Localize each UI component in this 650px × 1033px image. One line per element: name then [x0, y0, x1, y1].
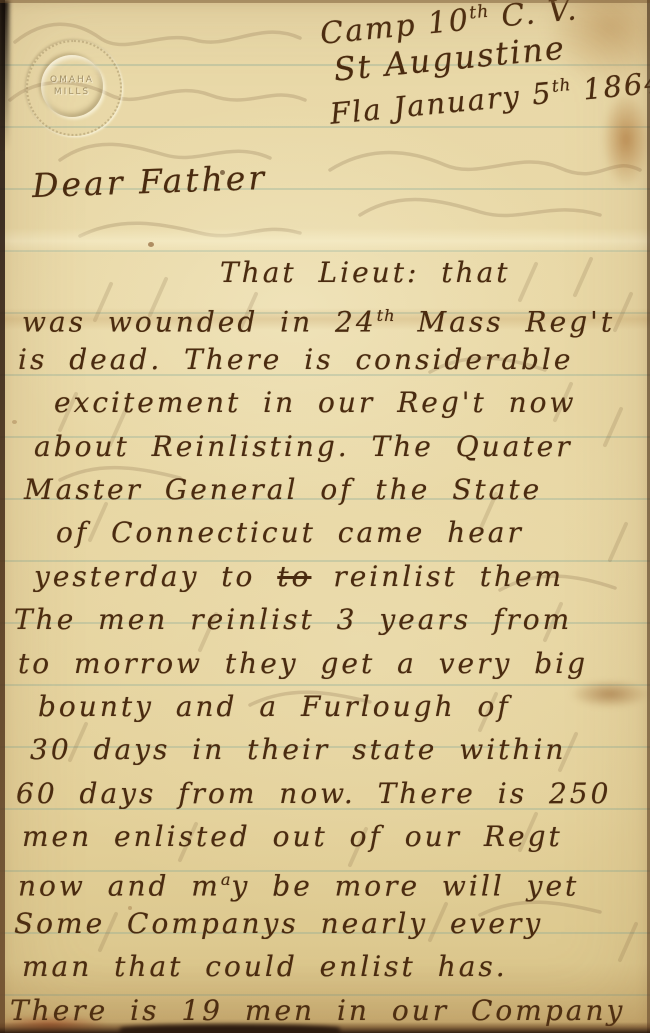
line-text: That Lieut: that [220, 256, 511, 289]
torn-left-edge [0, 0, 5, 1033]
body-line-16: Some Companys nearly every [8, 902, 646, 945]
line-text: about Reinlisting. The Quater [34, 430, 573, 463]
line-text: Master General of the State [24, 473, 542, 506]
body-line-15: now and may be more will yet [8, 858, 646, 901]
body-line-13: 60 days from now. There is 250 [8, 772, 646, 815]
line-text: 30 days in their state within [30, 733, 566, 766]
body-line-5: about Reinlisting. The Quater [8, 425, 646, 468]
body-line-1: That Lieut: that [8, 251, 646, 294]
line-text: to morrow they get a very big [18, 647, 588, 680]
line-text: y be more will yet [232, 870, 580, 903]
body-line-17: man that could enlist has. [8, 945, 646, 988]
inserted-letter: a [221, 870, 232, 889]
body-line-6: Master General of the State [8, 468, 646, 511]
superscript: th [468, 2, 490, 24]
body-line-14: men enlisted out of our Regt [8, 815, 646, 858]
line-text: Some Companys nearly every [14, 907, 543, 940]
line-text: is dead. There is considerable [18, 343, 573, 376]
page-top-edge [0, 0, 650, 3]
body-line-4: excitement in our Reg't now [8, 381, 646, 424]
scanned-letter-page: OMAHA MILLS Camp 10th C. V. St Augustine… [0, 0, 650, 1033]
foxing-spot [148, 242, 154, 247]
line-text: bounty and a Furlough of [38, 690, 511, 723]
line-text: 60 days from now. There is 250 [16, 777, 611, 810]
dark-corner-top-left [0, 0, 9, 150]
body-line-7: of Connecticut came hear [8, 511, 646, 554]
body-line-11: bounty and a Furlough of [8, 685, 646, 728]
body-line-2: was wounded in 24th Mass Reg't [8, 294, 646, 337]
crossed-out-word: to [277, 560, 311, 593]
superscript: th [377, 306, 396, 325]
line-text: was wounded in 24 [22, 306, 377, 339]
body-line-12: 30 days in their state within [8, 728, 646, 771]
superscript: th [551, 74, 572, 96]
salutation: Dear Father [31, 158, 267, 205]
line-text: yesterday to [34, 560, 277, 593]
seal-text-bottom: MILLS [54, 87, 90, 97]
body-line-9: The men reinlist 3 years from [8, 598, 646, 641]
body-line-10: to morrow they get a very big [8, 642, 646, 685]
line-text: The men reinlist 3 years from [14, 603, 572, 636]
bottom-edge-blotch [120, 1024, 340, 1033]
line-text: Mass Reg't [396, 306, 615, 339]
body-line-3: is dead. There is considerable [8, 338, 646, 381]
letter-body: That Lieut: that was wounded in 24th Mas… [8, 251, 646, 1032]
embossed-seal-center: OMAHA MILLS [41, 55, 103, 117]
line-text: man that could enlist has. [22, 950, 508, 983]
embossed-paper-seal: OMAHA MILLS [26, 40, 122, 136]
body-line-8: yesterday to to reinlist them [8, 555, 646, 598]
line-text: of Connecticut came hear [56, 516, 524, 549]
line-text: excitement in our Reg't now [54, 386, 576, 419]
line-text: men enlisted out of our Regt [22, 820, 563, 853]
line-text: reinlist them [311, 560, 564, 593]
line-text: now and m [18, 870, 221, 903]
heading-text: 1864 [570, 65, 650, 108]
seal-text-top: OMAHA [50, 75, 94, 85]
